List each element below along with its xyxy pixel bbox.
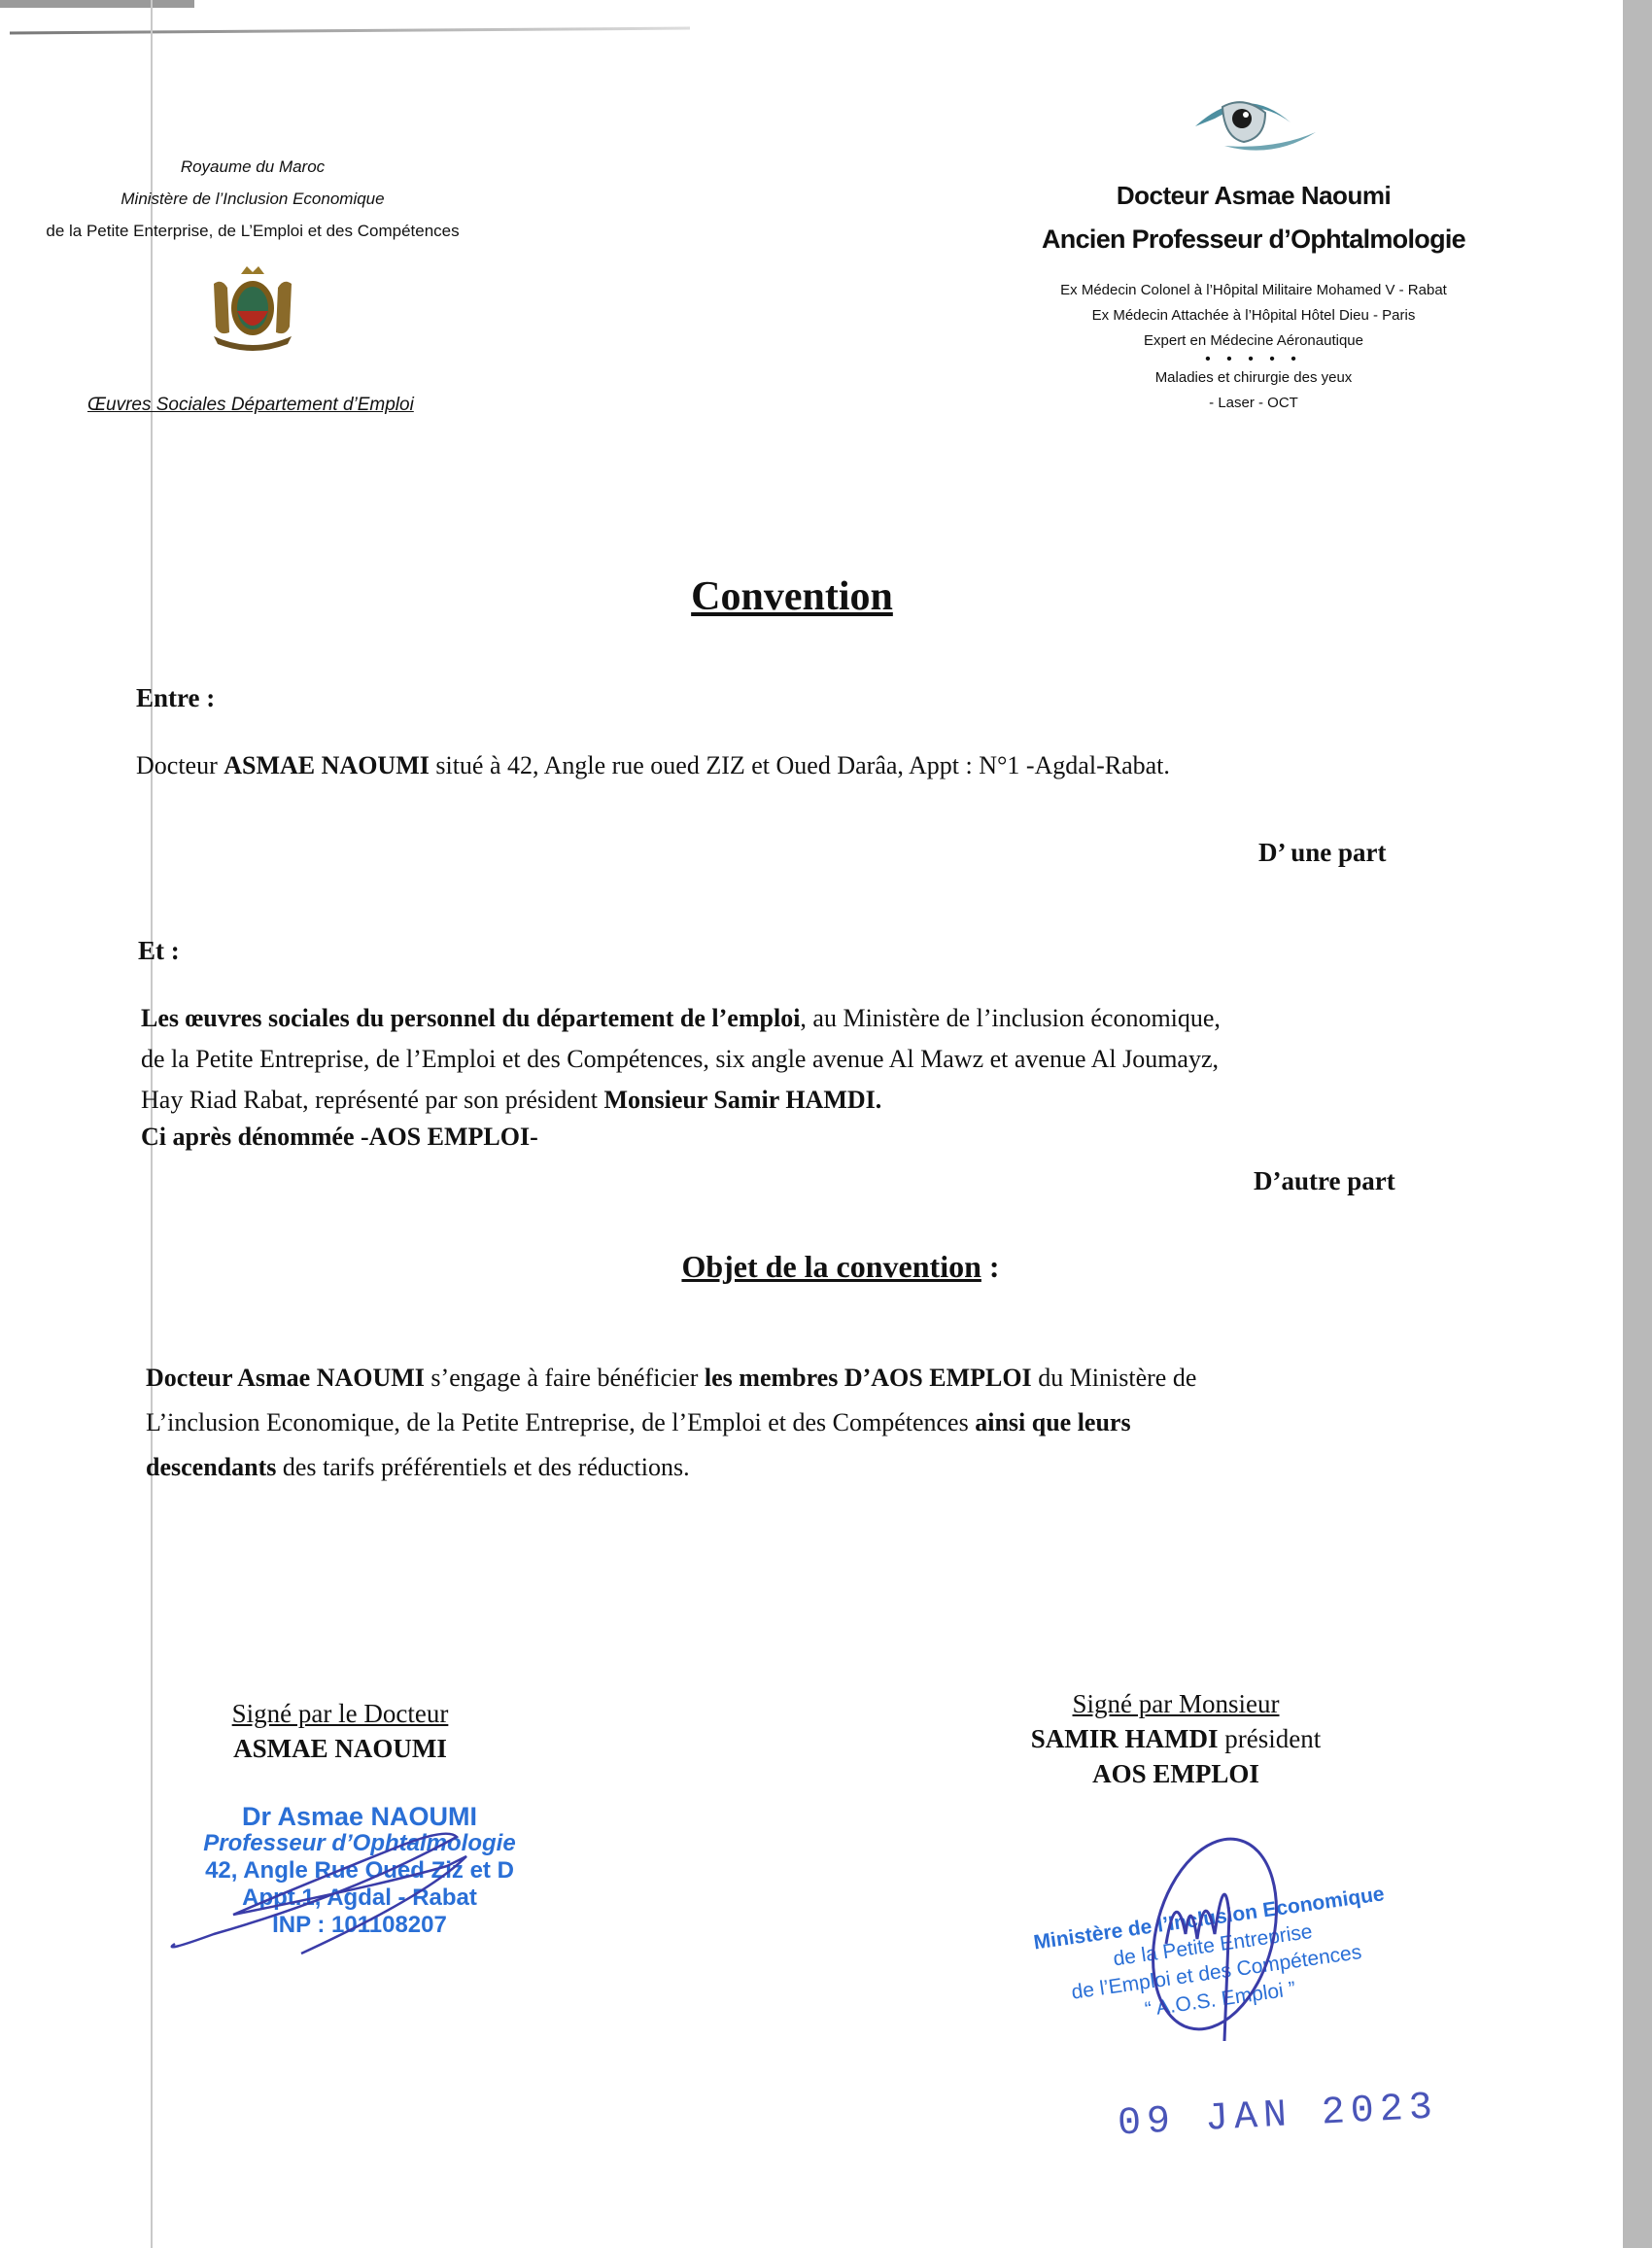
object-text: s’engage à faire bénéficier [425,1364,705,1392]
stamp-line: Dr Asmae NAOUMI [155,1803,564,1830]
stamp-line: Professeur d’Ophtalmologie [155,1830,564,1857]
et-label: Et : [138,928,180,973]
entre-label: Entre : [136,675,215,720]
document-title: Convention [0,573,1584,620]
signatory-name: SAMIR HAMDI [1031,1724,1219,1753]
stamp-line: INP : 101108207 [155,1912,564,1939]
object-doctor: Docteur Asmae NAOUMI [146,1364,425,1392]
ministry-header: Royaume du Maroc Ministère de l’Inclusio… [39,151,466,352]
object-title: Objet de la convention [681,1249,981,1284]
department-name: Œuvres Sociales Département d’Emploi [87,389,414,421]
doctor-name: Docteur Asmae Naoumi [1030,181,1477,211]
doctor-title: Ancien Professeur d’Ophtalmologie [1030,225,1477,255]
signature-block-left: Signé par le Docteur ASMAE NAOUMI [194,1696,486,1766]
party2-text: , au Ministère de l’inclusion économique… [800,1004,1221,1032]
party1-prefix: Docteur [136,751,224,779]
party2-president: Monsieur Samir HAMDI. [604,1086,882,1114]
object-text: L’inclusion Economique, de la Petite Ent… [146,1408,975,1436]
signature-label: Signé par le Docteur [194,1696,486,1731]
party2-representation: Hay Riad Rabat, représenté par son prési… [141,1086,604,1114]
ministry-subline: de la Petite Enterprise, de L’Emploi et … [39,215,466,247]
object-beneficiaries: les membres D’AOS EMPLOI [705,1364,1032,1392]
party1-paragraph: Docteur ASMAE NAOUMI situé à 42, Angle r… [136,744,1170,788]
credential-item: Ex Médecin Attachée à l’Hôpital Hôtel Di… [1030,303,1477,329]
specialty-item: Maladies et chirurgie des yeux [1030,365,1477,391]
party1-name: ASMAE NAOUMI [224,751,430,779]
eye-icon [1186,89,1322,167]
scan-rule [10,27,690,35]
object-colon: : [981,1249,1000,1284]
date-stamp: 09 JAN 2023 [1117,2086,1439,2146]
signatory-role: président [1219,1724,1322,1753]
separator-dots: • • • • • [1030,354,1477,365]
object-heading: Objet de la convention : [0,1249,1652,1285]
party1-address: situé à 42, Angle rue oued ZIZ et Oued D… [430,751,1170,779]
specialty-item: - Laser - OCT [1030,391,1477,416]
party2-label: D’autre part [1254,1166,1395,1196]
signatory-name: ASMAE NAOUMI [194,1731,486,1766]
signatory-org: AOS EMPLOI [991,1756,1360,1791]
credential-item: Ex Médecin Colonel à l’Hôpital Militaire… [1030,278,1477,303]
moroccan-coat-of-arms-icon [204,264,301,352]
party1-label: D’ une part [1258,838,1387,868]
scan-edge-top [0,0,194,8]
object-paragraph: Docteur Asmae NAOUMI s’engage à faire bé… [146,1356,1196,1490]
object-text: des tarifs préférentiels et des réductio… [276,1453,689,1481]
ministry-line: Ministère de l’Inclusion Economique [39,183,466,215]
ministry-stamp: Ministère de l’Inclusion Economique de l… [1015,1879,1415,2041]
party2-address: de la Petite Entreprise, de l’Emploi et … [141,1037,1501,1082]
object-emphasis: ainsi que leurs [975,1408,1130,1436]
signature-block-right: Signé par Monsieur SAMIR HAMDI président… [991,1686,1360,1791]
object-emphasis: descendants [146,1453,276,1481]
credentials-list: Ex Médecin Colonel à l’Hôpital Militaire… [1030,278,1477,416]
doctor-letterhead: Docteur Asmae Naoumi Ancien Professeur d… [1030,89,1477,416]
signature-label: Signé par Monsieur [991,1686,1360,1721]
stamp-line: 42, Angle Rue Oued Ziz et D [155,1857,564,1885]
kingdom-line: Royaume du Maroc [39,151,466,183]
doctor-stamp: Dr Asmae NAOUMI Professeur d’Ophtalmolog… [155,1803,564,1939]
stamp-line: Appt.1, Agdal - Rabat [155,1885,564,1912]
party2-name: Les œuvres sociales du personnel du dépa… [141,1004,800,1032]
object-text: du Ministère de [1032,1364,1197,1392]
party2-paragraph: Les œuvres sociales du personnel du dépa… [141,996,1501,1159]
scan-edge-right [1623,0,1652,2248]
